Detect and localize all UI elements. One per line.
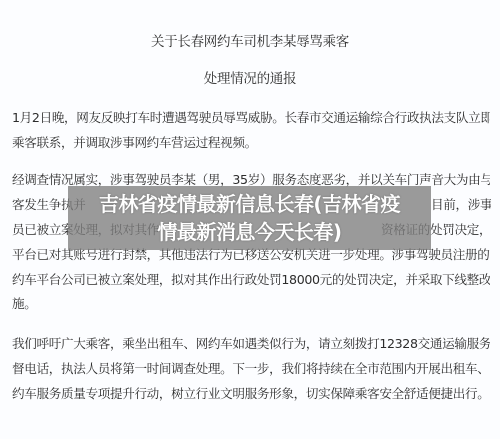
paragraph-3-line-2: 督电话，执法人员将第一时间调查处理。下一步，我们将持续在全市范围内开展出租车、网: [12, 361, 490, 377]
paragraph-3-line-1: 我们呼吁广大乘客，乘坐出租车、网约车如遇类似行为，请立刻拨打12328交通运输服…: [12, 336, 490, 352]
notice-title-line1: 关于长春网约车司机李某辱骂乘客: [0, 30, 500, 50]
headline-line-1: 吉林省疫情最新信息长春(吉林省疫: [68, 190, 431, 218]
paragraph-2-line-2-tail: 目前，涉事驾驶: [431, 197, 491, 213]
paragraph-1-line-2: 乘客联系，并调取涉事网约车营运过程视频。: [12, 135, 490, 151]
notice-title-line2: 处理情况的通报: [0, 67, 500, 87]
paragraph-3-line-3: 约车服务质量专项提升行动，树立行业文明服务形象，切实保障乘客安全舒适便捷出行。: [12, 386, 490, 402]
paragraph-2-line-6: 施。: [12, 296, 490, 312]
paragraph-1-line-1: 1月2日晚，网友反映打车时遭遇驾驶员辱骂威胁。长春市交通运输综合行政执法支队立即…: [12, 110, 490, 126]
paragraph-2-line-5: 约车平台公司已被立案处理，拟对其作出行政处罚18000元的处罚决定，并采取下线整…: [12, 272, 490, 288]
headline-line-2: 情最新消息今天长春): [68, 218, 431, 246]
headline-overlay: 吉林省疫情最新信息长春(吉林省疫 情最新消息今天长春): [68, 186, 431, 246]
